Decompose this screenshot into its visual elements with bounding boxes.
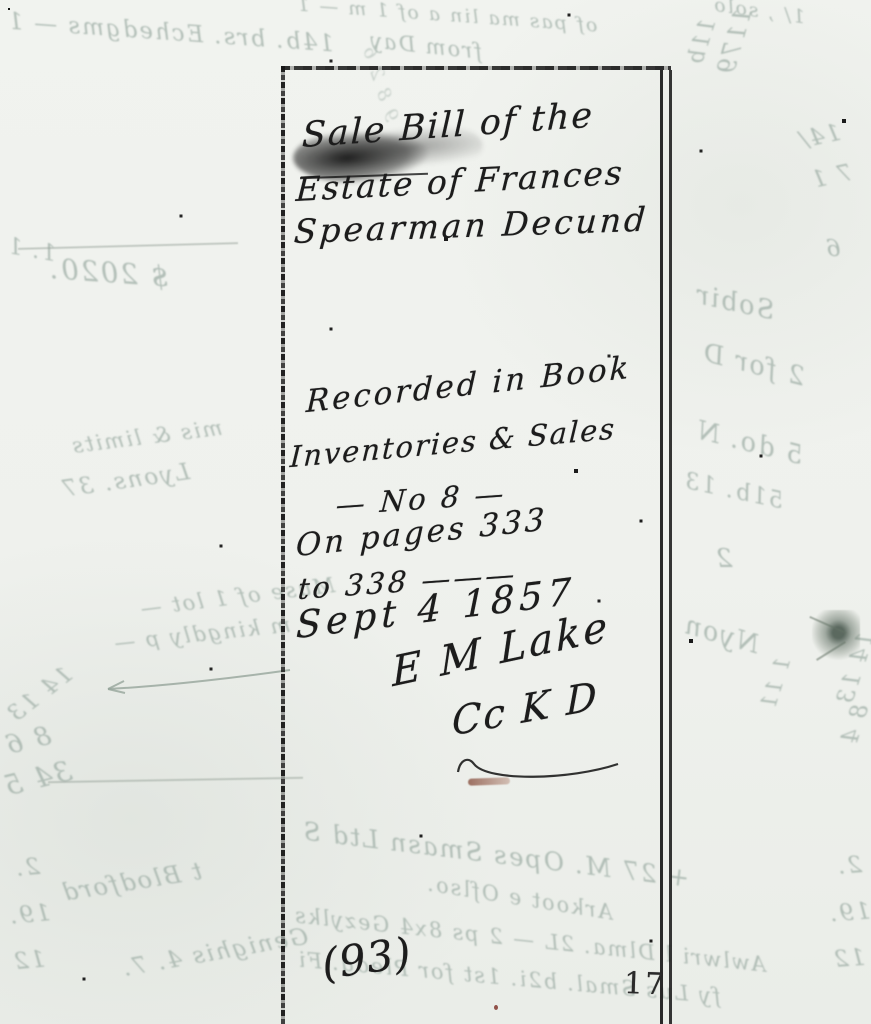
docket-box-right-border [659,70,674,1024]
ghost-fragment: 7 1 [808,160,855,194]
ink-splotch [812,610,860,664]
ghost-fragment: 19. [7,900,52,930]
ghost-fragment: t Blodford [59,857,204,907]
ghost-fragment: Sobir [692,280,777,326]
ghost-fragment: 14 13 [2,661,78,728]
docket-box-left-border [281,66,285,1024]
ghost-fragment: 34 5 [0,754,75,803]
red-speck [494,1005,498,1010]
ghost-fragment: 51b. 13 [680,468,785,515]
dust-specks [8,8,10,10]
scanned-page: 14b. brs. Echedgms — 1 1. 1 $ 2020. mis … [0,0,871,1024]
ghost-fragment: 14b. brs. Echedgms — 1 [5,9,334,58]
ghost-fragment: 12 [11,947,46,976]
ghost-fragment: 12 [831,945,866,973]
ghost-underline [48,777,303,783]
ghost-fragment: $ 2020. [47,252,170,293]
ghost-fragment: of pas ma lin a of 1 m — 1 [295,0,599,37]
record-line-1: Recorded in Book [305,350,632,421]
ghost-fragment: 2 [714,544,733,574]
ghost-fragment: Nyon [679,610,762,660]
ghost-fragment: m kingdly p — [111,613,291,656]
ghost-fragment: 5 do. N [692,415,806,471]
ghost-fragment: 8 6 [1,721,54,762]
record-line-2: Inventories & Sales [289,411,617,474]
ghost-fragment: 14/ [796,120,843,154]
ghost-fragment: from Day [367,28,483,64]
ghost-fragment: 2 for D [698,338,808,393]
ghost-fragment: Lyons. 37 [59,459,192,503]
signature-flourish [450,750,625,786]
ghost-fragment: 1 11 [756,654,796,714]
ghost-fragment: 8 4 [836,701,871,750]
ghost-fragment: 6 [824,236,841,262]
ghost-fragment: 2. [835,852,863,880]
ghost-fragment: 2. [13,854,41,882]
signature-title: Cc K D [452,674,599,746]
docket-title-line-3: Spearman Decund [293,200,650,251]
corner-page-number: 17 [623,966,666,1002]
ghost-arrow [98,662,293,698]
docket-box-top-border [281,66,671,70]
ghost-fragment: mis & limits [69,416,224,458]
ghost-fragment: 19. [827,899,871,928]
